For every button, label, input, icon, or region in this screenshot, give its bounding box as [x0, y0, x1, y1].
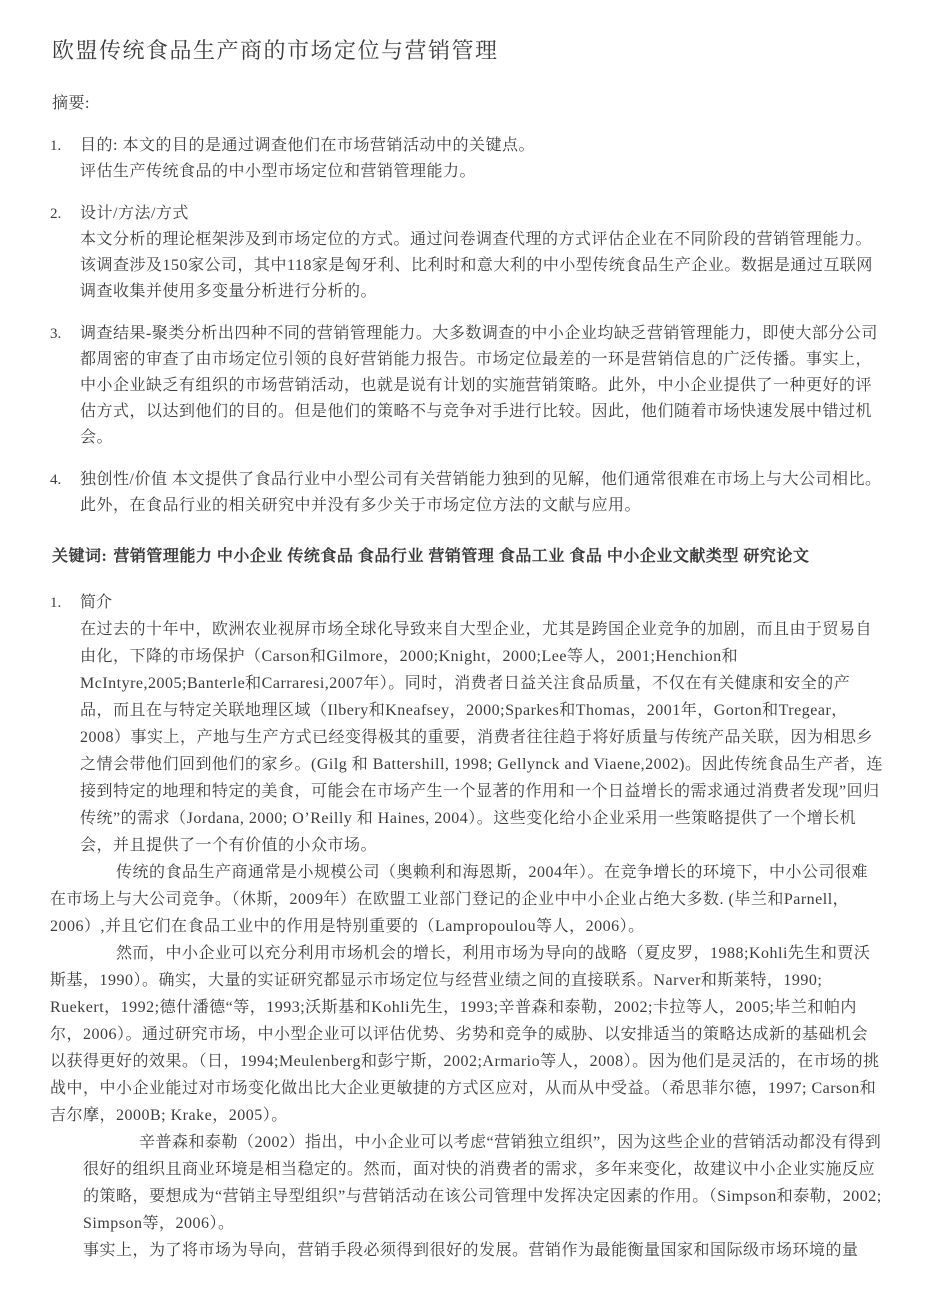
abstract-item-body: 设计/方法/方式 本文分析的理论框架涉及到市场定位的方式。通过问卷调查代理的方式…: [80, 201, 883, 305]
document-title: 欧盟传统食品生产商的市场定位与营销管理: [52, 34, 883, 65]
abstract-item-line: 设计/方法/方式: [80, 201, 883, 227]
section-title: 简介: [80, 590, 883, 616]
keywords-terms: 营销管理能力 中小企业 传统食品 食品行业 营销管理 食品工业 食品 中小企业文…: [113, 548, 809, 565]
abstract-item-line: 目的: 本文的目的是通过调查他们在市场营销活动中的关键点。: [80, 133, 883, 159]
abstract-item-line: 调查结果-聚类分析出四种不同的营销管理能力。大多数调查的中小企业均缺乏营销管理能…: [80, 321, 883, 451]
abstract-item-body: 调查结果-聚类分析出四种不同的营销管理能力。大多数调查的中小企业均缺乏营销管理能…: [80, 321, 883, 451]
abstract-item-line: 独创性/价值 本文提供了食品行业中小型公司有关营销能力独到的见解，他们通常很难在…: [80, 467, 883, 519]
section-heading-row: 1. 简介: [50, 590, 883, 616]
intro-paragraph-1: 在过去的十年中，欧洲农业视屏市场全球化导致来自大型企业，尤其是跨国企业竞争的加剧…: [80, 616, 883, 859]
intro-paragraph-3: 然而，中小企业可以充分利用市场机会的增长，利用市场为导向的战略（夏皮罗，1988…: [50, 940, 883, 1129]
abstract-item-1: 1. 目的: 本文的目的是通过调查他们在市场营销活动中的关键点。 评估生产传统食…: [50, 133, 883, 185]
keywords-line: 关键词:营销管理能力 中小企业 传统食品 食品行业 营销管理 食品工业 食品 中…: [52, 543, 883, 570]
abstract-item-3: 3. 调查结果-聚类分析出四种不同的营销管理能力。大多数调查的中小企业均缺乏营销…: [50, 321, 883, 451]
intro-paragraph-5: 事实上，为了将市场为导向，营销手段必须得到很好的发展。营销作为最能衡量国家和国际…: [83, 1237, 883, 1264]
abstract-item-number: 4.: [50, 467, 80, 493]
abstract-item-number: 2.: [50, 201, 80, 227]
section-number: 1.: [50, 590, 80, 616]
abstract-item-number: 1.: [50, 133, 80, 159]
abstract-item-line: 本文分析的理论框架涉及到市场定位的方式。通过问卷调查代理的方式评估企业在不同阶段…: [80, 227, 883, 305]
document-page: 欧盟传统食品生产商的市场定位与营销管理 摘要: 1. 目的: 本文的目的是通过调…: [0, 0, 925, 1309]
keywords-label: 关键词:: [52, 548, 107, 565]
intro-paragraph-4: 辛普森和泰勒（2002）指出，中小企业可以考虑“营销独立组织”，因为这些企业的营…: [83, 1129, 883, 1237]
abstract-item-number: 3.: [50, 321, 80, 347]
intro-paragraph-2: 传统的食品生产商通常是小规模公司（奥赖利和海恩斯，2004年）。在竞争增长的环境…: [50, 859, 883, 940]
abstract-item-body: 目的: 本文的目的是通过调查他们在市场营销活动中的关键点。 评估生产传统食品的中…: [80, 133, 883, 185]
section-introduction: 1. 简介 在过去的十年中，欧洲农业视屏市场全球化导致来自大型企业，尤其是跨国企…: [50, 590, 883, 1264]
abstract-item-body: 独创性/价值 本文提供了食品行业中小型公司有关营销能力独到的见解，他们通常很难在…: [80, 467, 883, 519]
abstract-item-4: 4. 独创性/价值 本文提供了食品行业中小型公司有关营销能力独到的见解，他们通常…: [50, 467, 883, 519]
abstract-item-line: 评估生产传统食品的中小型市场定位和营销管理能力。: [80, 159, 883, 185]
abstract-label: 摘要:: [52, 91, 883, 117]
abstract-item-2: 2. 设计/方法/方式 本文分析的理论框架涉及到市场定位的方式。通过问卷调查代理…: [50, 201, 883, 305]
